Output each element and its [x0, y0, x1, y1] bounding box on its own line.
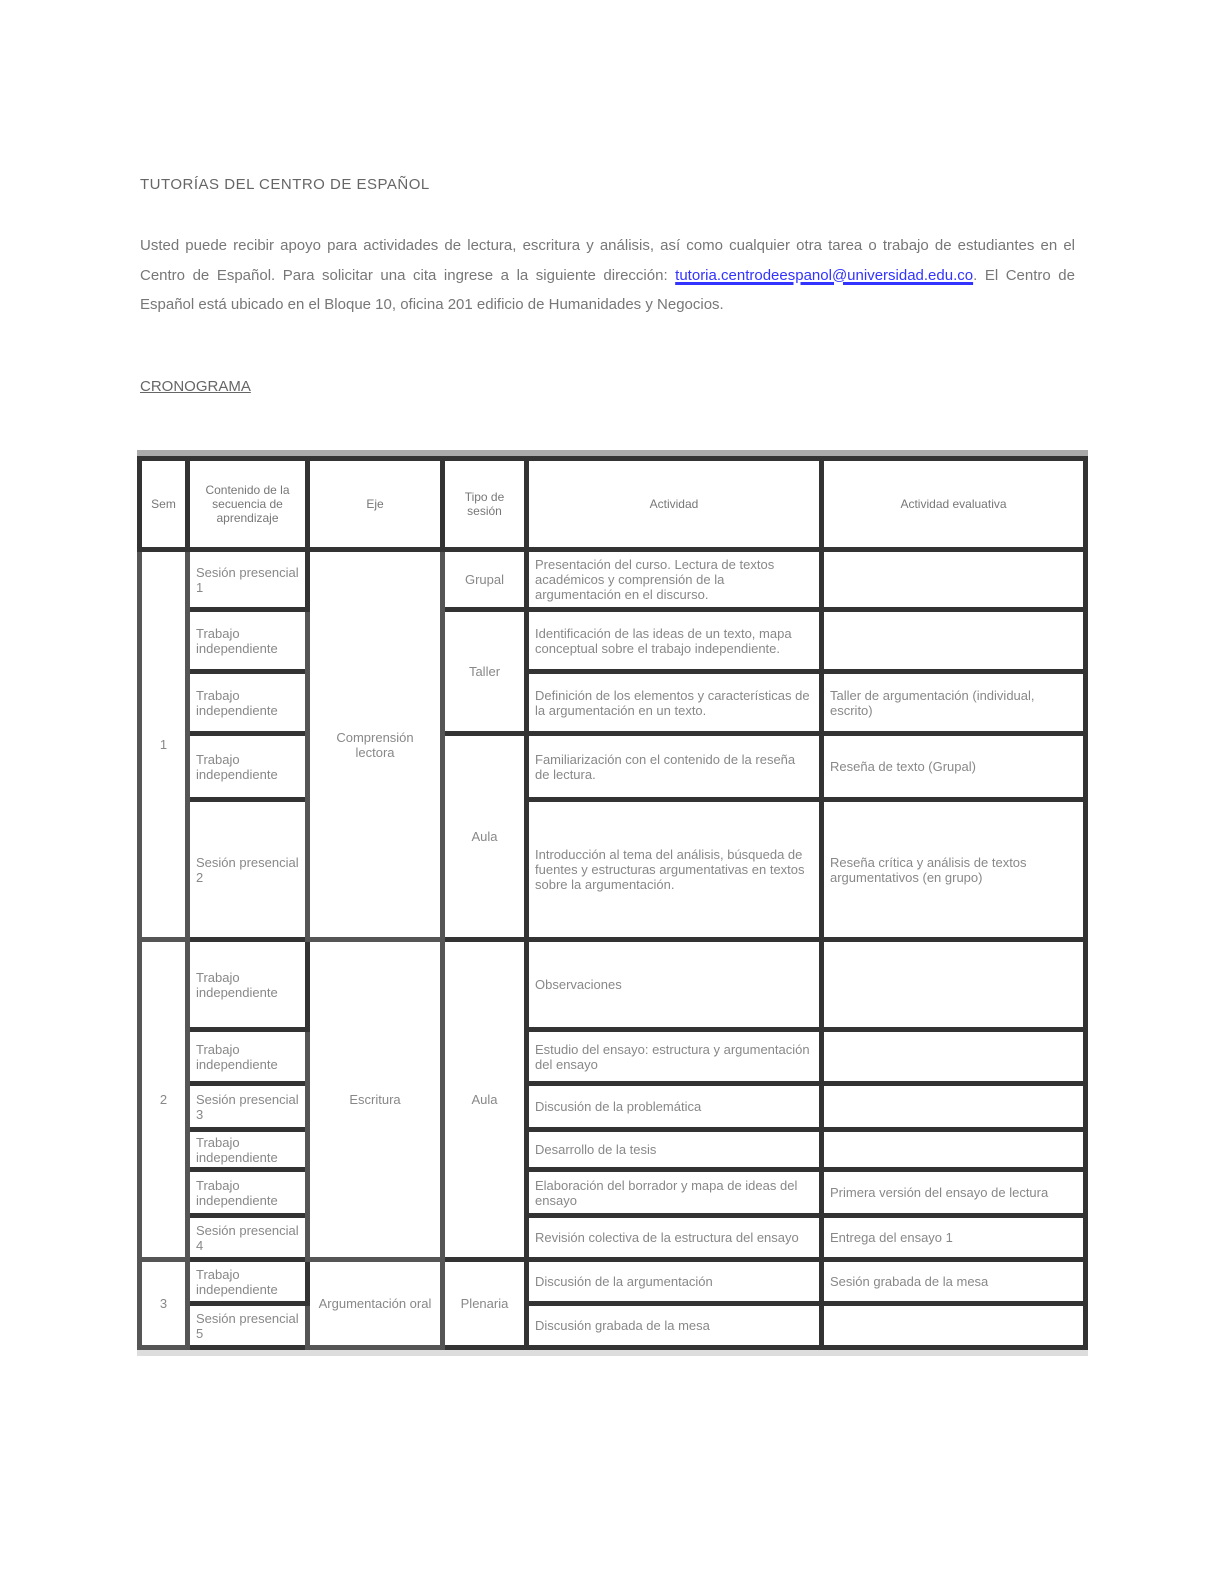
- content-cell: Trabajo independiente: [188, 734, 308, 800]
- evaluation-cell: [822, 610, 1086, 672]
- evaluation-cell: Reseña de texto (Grupal): [822, 734, 1086, 800]
- week-cell: 2: [140, 940, 188, 1260]
- evaluation-cell: [822, 1030, 1086, 1084]
- header-session-type: Tipo de sesión: [443, 459, 527, 550]
- table-row: Sesión presencial 4Revisión colectiva de…: [140, 1216, 1086, 1260]
- activity-cell: Definición de los elementos y caracterís…: [527, 672, 822, 734]
- session-type-cell: Aula: [443, 734, 527, 940]
- session-type-cell: Plenaria: [443, 1260, 527, 1348]
- document-title: TUTORÍAS DEL CENTRO DE ESPAÑOL: [140, 176, 1075, 193]
- activity-cell: Presentación del curso. Lectura de texto…: [527, 550, 822, 610]
- evaluation-cell: [822, 940, 1086, 1030]
- week-cell: 1: [140, 550, 188, 940]
- week-cell: 3: [140, 1260, 188, 1348]
- content-cell: Trabajo independiente: [188, 1130, 308, 1170]
- activity-cell: Identificación de las ideas de un texto,…: [527, 610, 822, 672]
- tutoring-email-link[interactable]: tutoria.centrodeespanol@universidad.edu.…: [675, 267, 973, 284]
- evaluation-cell: Reseña crítica y análisis de textos argu…: [822, 800, 1086, 940]
- content-cell: Trabajo independiente: [188, 940, 308, 1030]
- axis-cell: Argumentación oral: [308, 1260, 443, 1348]
- header-content: Contenido de la secuencia de aprendizaje: [188, 459, 308, 550]
- intro-paragraph: Usted puede recibir apoyo para actividad…: [140, 231, 1075, 320]
- content-cell: Sesión presencial 4: [188, 1216, 308, 1260]
- schedule-table: Sem Contenido de la secuencia de aprendi…: [137, 456, 1088, 1350]
- table-row: 3Trabajo independienteArgumentación oral…: [140, 1260, 1086, 1304]
- activity-cell: Observaciones: [527, 940, 822, 1030]
- table-row: Trabajo independienteAulaFamiliarización…: [140, 734, 1086, 800]
- content-cell: Trabajo independiente: [188, 1170, 308, 1216]
- activity-cell: Estudio del ensayo: estructura y argumen…: [527, 1030, 822, 1084]
- table-row: 2Trabajo independienteEscrituraAulaObser…: [140, 940, 1086, 1030]
- header-week: Sem: [140, 459, 188, 550]
- schedule-heading: CRONOGRAMA: [140, 378, 1075, 395]
- table-row: Trabajo independienteElaboración del bor…: [140, 1170, 1086, 1216]
- activity-cell: Discusión de la argumentación: [527, 1260, 822, 1304]
- table-row: Sesión presencial 3Discusión de la probl…: [140, 1084, 1086, 1130]
- evaluation-cell: [822, 1084, 1086, 1130]
- content-cell: Trabajo independiente: [188, 672, 308, 734]
- content-cell: Sesión presencial 1: [188, 550, 308, 610]
- document-body: TUTORÍAS DEL CENTRO DE ESPAÑOL Usted pue…: [140, 170, 1075, 395]
- evaluation-cell: Sesión grabada de la mesa: [822, 1260, 1086, 1304]
- activity-cell: Elaboración del borrador y mapa de ideas…: [527, 1170, 822, 1216]
- content-cell: Sesión presencial 3: [188, 1084, 308, 1130]
- evaluation-cell: [822, 1304, 1086, 1348]
- table-row: 1Sesión presencial 1Comprensión lectoraG…: [140, 550, 1086, 610]
- axis-cell: Comprensión lectora: [308, 550, 443, 940]
- table-row: Sesión presencial 5Discusión grabada de …: [140, 1304, 1086, 1348]
- activity-cell: Discusión grabada de la mesa: [527, 1304, 822, 1348]
- axis-cell: Escritura: [308, 940, 443, 1260]
- content-cell: Sesión presencial 5: [188, 1304, 308, 1348]
- table-row: Trabajo independienteDesarrollo de la te…: [140, 1130, 1086, 1170]
- activity-cell: Familiarización con el contenido de la r…: [527, 734, 822, 800]
- evaluation-cell: [822, 1130, 1086, 1170]
- table-row: Trabajo independienteTallerIdentificació…: [140, 610, 1086, 672]
- activity-cell: Revisión colectiva de la estructura del …: [527, 1216, 822, 1260]
- table-row: Trabajo independienteDefinición de los e…: [140, 672, 1086, 734]
- table-row: Sesión presencial 2Introducción al tema …: [140, 800, 1086, 940]
- table-row: Trabajo independienteEstudio del ensayo:…: [140, 1030, 1086, 1084]
- content-cell: Trabajo independiente: [188, 1260, 308, 1304]
- activity-cell: Introducción al tema del análisis, búsqu…: [527, 800, 822, 940]
- session-type-cell: Aula: [443, 940, 527, 1260]
- activity-cell: Discusión de la problemática: [527, 1084, 822, 1130]
- table-header-row: Sem Contenido de la secuencia de aprendi…: [140, 459, 1086, 550]
- table-body: 1Sesión presencial 1Comprensión lectoraG…: [140, 550, 1086, 1348]
- header-activity: Actividad: [527, 459, 822, 550]
- evaluation-cell: Primera versión del ensayo de lectura: [822, 1170, 1086, 1216]
- content-cell: Trabajo independiente: [188, 1030, 308, 1084]
- evaluation-cell: Entrega del ensayo 1: [822, 1216, 1086, 1260]
- activity-cell: Desarrollo de la tesis: [527, 1130, 822, 1170]
- evaluation-cell: Taller de argumentación (individual, esc…: [822, 672, 1086, 734]
- session-type-cell: Taller: [443, 610, 527, 734]
- content-cell: Sesión presencial 2: [188, 800, 308, 940]
- evaluation-cell: [822, 550, 1086, 610]
- content-cell: Trabajo independiente: [188, 610, 308, 672]
- session-type-cell: Grupal: [443, 550, 527, 610]
- header-axis: Eje: [308, 459, 443, 550]
- header-evaluation: Actividad evaluativa: [822, 459, 1086, 550]
